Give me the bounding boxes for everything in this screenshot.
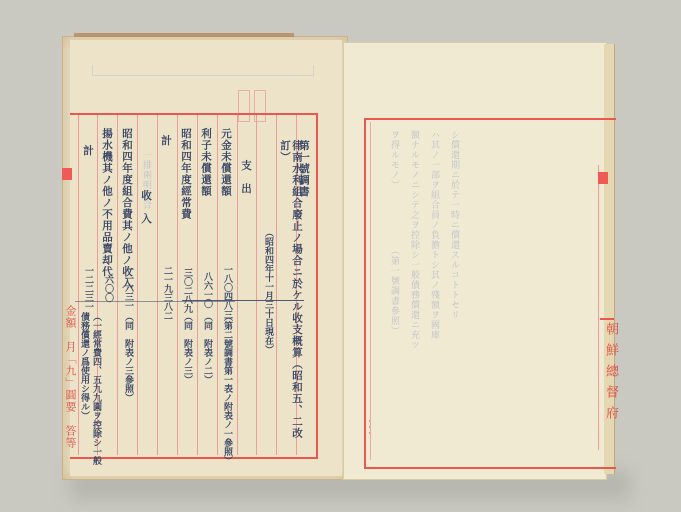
page-dots: ・・・ xyxy=(364,418,373,436)
red-page-tab xyxy=(598,172,608,184)
expenditure-total: 二一九三八二 xyxy=(161,266,173,320)
bleed-through-text: 額ナルモノニシテ之ヲ控除シ一般債務償還ニ充ツ xyxy=(408,130,420,460)
expenditure-note: （同 附表ノ二） xyxy=(201,312,213,384)
expenditure-amount: 八六一〇 xyxy=(201,272,213,308)
expenditure-note: （第二號調書第一表ノ附表ノ一參照） xyxy=(221,312,233,465)
red-page-tab xyxy=(62,168,72,180)
column-rule xyxy=(217,115,218,455)
expenditure-total-label: 計 xyxy=(160,135,172,147)
expenditure-note: （同 附表ノ三） xyxy=(181,312,193,384)
right-page-inner-rule xyxy=(370,122,607,460)
bleed-through-reference: （第一號調書參照） xyxy=(388,246,400,336)
revenue-amount: 一一六三一 xyxy=(122,265,134,310)
worn-top-edge xyxy=(74,33,294,37)
red-handwritten-annotation: 金額 月「九」圓要 答等 xyxy=(64,305,76,449)
as-of-date: （昭和四年十一月三十日現在） xyxy=(262,228,274,354)
revenue-total: 一二二三一 xyxy=(82,266,94,311)
footnote: （一經常費四、五九九圓ヲ控除シ一般債務償還ノ爲使用シ得ル） xyxy=(78,312,102,472)
revenue-label: 揚水機其ノ他ノ不用品賣却代 xyxy=(101,128,113,278)
column-rule xyxy=(177,115,178,455)
revenue-total-label: 計 xyxy=(82,145,94,157)
bleed-through-text: ハ其ノ一部ヲ組合員ノ負擔トシ其ノ殘額ヲ國庫 xyxy=(428,130,440,460)
expenditure-label: 元金未償還額 xyxy=(220,128,232,197)
expenditure-amount: 三〇二八九 xyxy=(181,268,193,313)
column-rule xyxy=(117,115,118,455)
column-rule xyxy=(197,115,198,455)
expenditure-label: 昭和四年度經常費 xyxy=(180,128,192,220)
expenditure-header: 支 出 xyxy=(240,160,252,195)
revenue-note: （同 附表ノ三參照） xyxy=(122,312,134,402)
margin-rule xyxy=(598,165,599,450)
document-title: 律南水利組合廢止ノ場合ニ於ケル收支概算（昭和五、二改訂） xyxy=(279,140,303,440)
column-rule xyxy=(157,115,158,455)
column-rule xyxy=(137,115,138,455)
revenue-amount: 六〇〇 xyxy=(102,275,114,302)
column-rule xyxy=(276,115,277,455)
column-rule xyxy=(237,115,238,455)
expenditure-amount: 一八〇四八三 xyxy=(221,265,233,319)
expenditure-label: 利子未償還額 xyxy=(200,128,212,197)
government-general-mark: 朝鮮總督府 xyxy=(601,322,620,427)
ghost-print-box xyxy=(92,65,314,76)
margin-bar xyxy=(600,318,614,320)
bleed-through-text: ヲ得ルモノ） xyxy=(388,130,400,190)
bleed-through-text: シ償還期ニ於テ一時ニ償還スルコトトセリ xyxy=(448,130,460,460)
column-rule xyxy=(256,115,257,455)
revenue-header: 收 入 xyxy=(140,190,152,225)
